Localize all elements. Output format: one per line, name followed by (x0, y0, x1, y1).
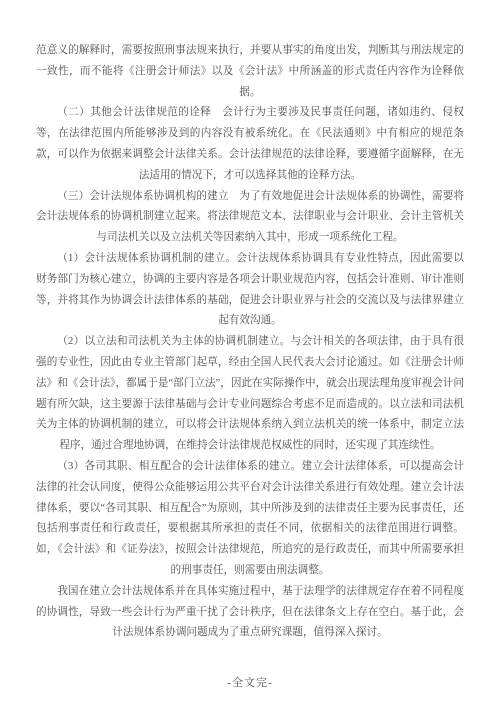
paragraph-section-3: （三）会计法规体系协调机构的建立 为了有效地促进会计法规体系的协调性，需要将会计… (36, 187, 464, 249)
end-of-text-marker: -全文完- (36, 675, 464, 691)
paragraph-item-2: （2）以立法和司法机关为主体的协调机制建立。与会计相关的各项法律，由于具有很强的… (36, 332, 464, 457)
paragraph-item-1: （1）会计法规体系协调机制的建立。会计法规体系协调具有专业性特点，因此需要以财务… (36, 249, 464, 332)
paragraph: 范意义的解释时，需要按照刑事法规来执行，并要从事实的角度出发，判断其与刑法规定的… (36, 41, 464, 103)
paragraph-conclusion: 我国在建立会计法规体系并在具体实施过程中，基于法理学的法律规定存在着不同程度的协… (36, 582, 464, 644)
paragraph-section-2: （二）其他会计法律规范的诠释 会计行为主要涉及民事责任问题，诸如违约、侵权等，在… (36, 103, 464, 186)
paragraph-item-3: （3）各司其职、相互配合的会计法律体系的建立。建立会计法律体系，可以提高会计法律… (36, 457, 464, 582)
document-page: 范意义的解释时，需要按照刑事法规来执行，并要从事实的角度出发，判断其与刑法规定的… (0, 0, 500, 707)
